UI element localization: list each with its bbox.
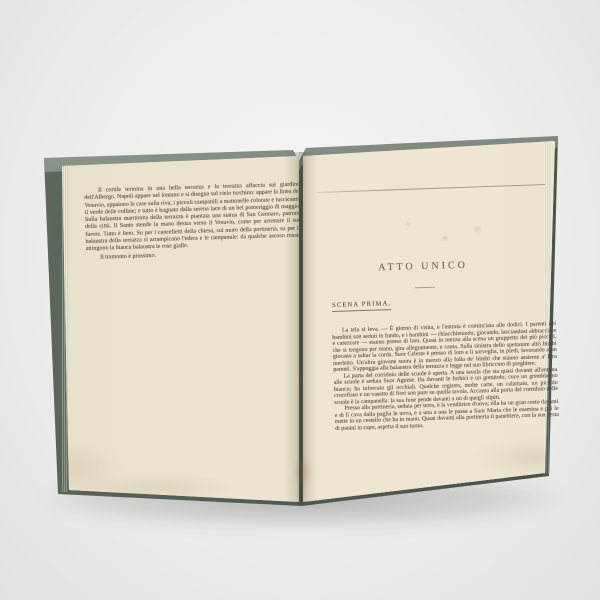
foxing-stain xyxy=(282,446,324,498)
left-page-stack-edge xyxy=(62,166,68,492)
scene-heading: SCENA PRIMA. xyxy=(332,300,391,311)
left-page-text: Il cortile termina in una bella terrazza… xyxy=(84,182,302,262)
stage-direction-paragraph: Il cortile termina in una bella terrazza… xyxy=(84,182,302,254)
open-book: Il cortile termina in una bella terrazza… xyxy=(36,128,564,510)
right-page-text: La tela si leva. — È giorno di visita, e… xyxy=(332,321,559,432)
scene-paragraph: La tela si leva. — È giorno di visita, e… xyxy=(332,321,557,374)
book-photo: Il cortile termina in una bella terrazza… xyxy=(0,0,600,600)
